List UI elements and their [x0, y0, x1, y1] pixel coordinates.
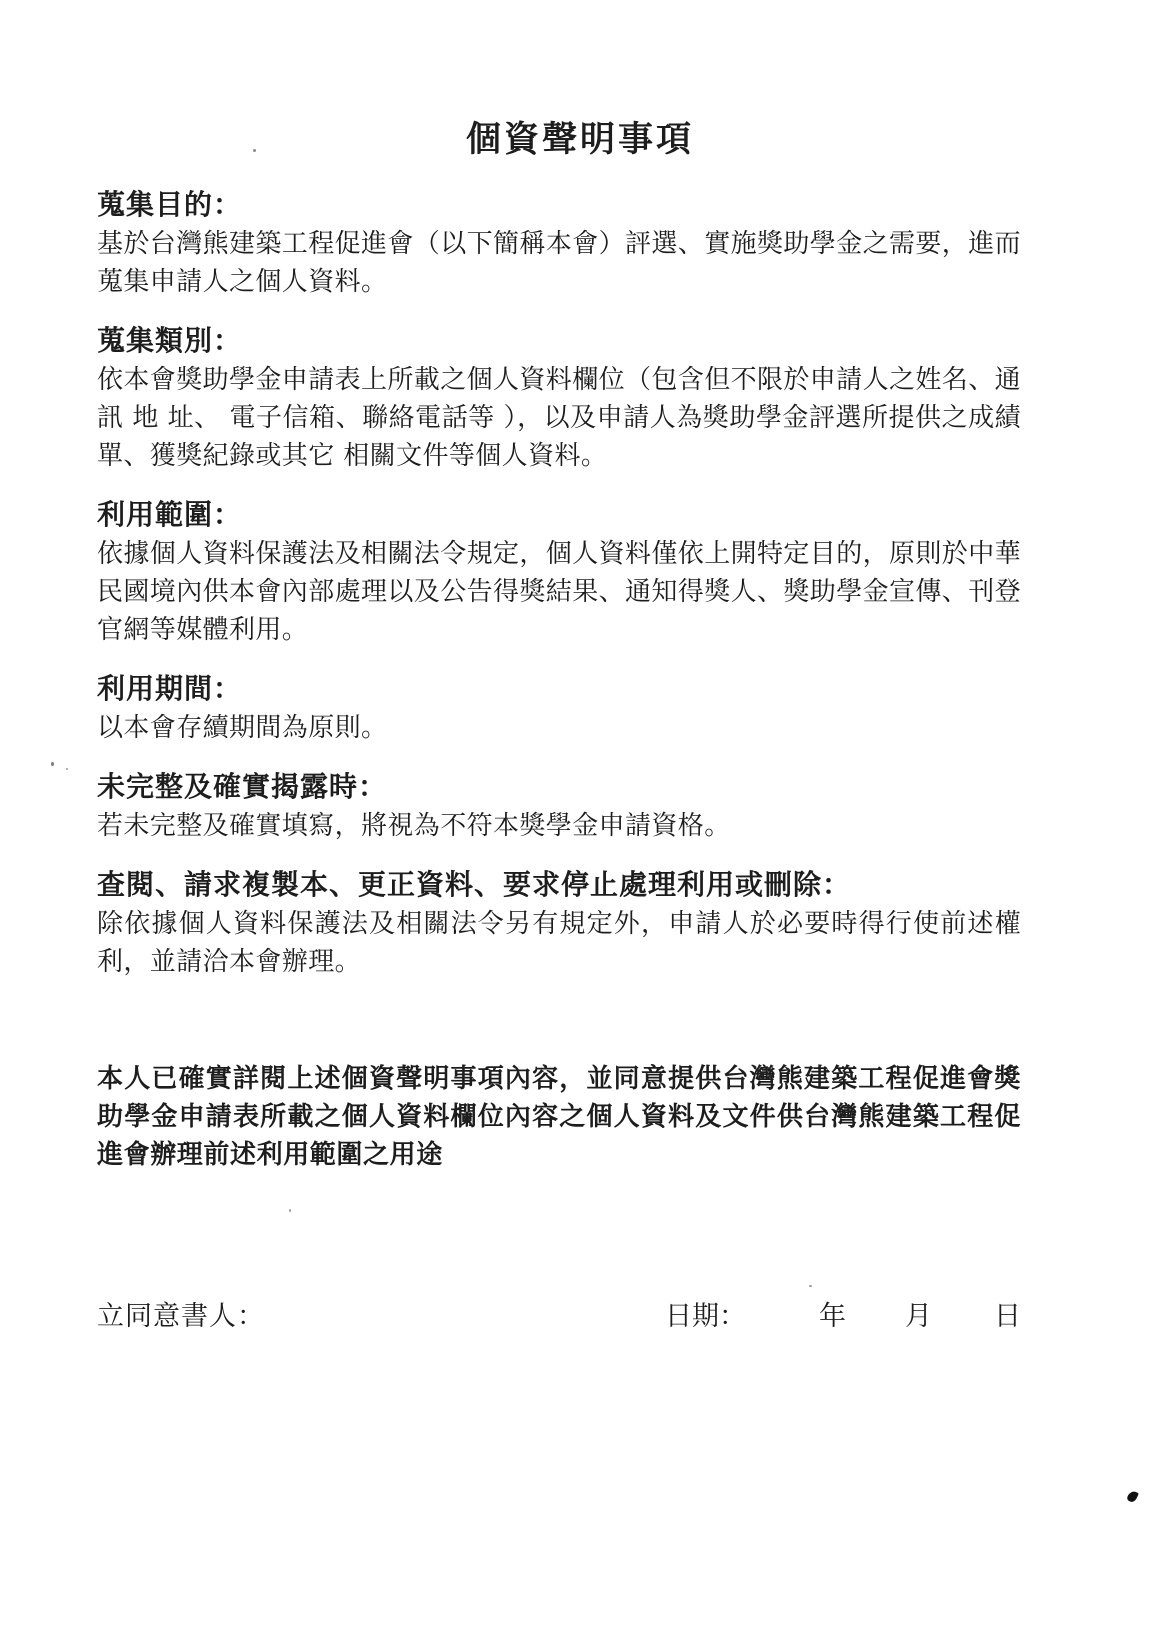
section-heading: 蒐集類別： — [97, 321, 1021, 361]
date-cluster: 日期： 年 月 日 — [665, 1298, 1021, 1336]
consent-statement: 本人已確實詳閱上述個資聲明事項內容，並同意提供台灣熊建築工程促進會獎助學金申請表… — [97, 1060, 1021, 1174]
scan-speck — [809, 1285, 812, 1287]
section-incomplete-disclosure: 未完整及確實揭露時： 若未完整及確實填寫，將視為不符本獎學金申請資格。 — [97, 767, 1021, 845]
section-period-of-use: 利用期間： 以本會存續期間為原則。 — [97, 669, 1021, 747]
section-heading: 未完整及確實揭露時： — [97, 767, 1021, 807]
section-heading: 查閱、請求複製本、更正資料、要求停止處理利用或刪除： — [97, 865, 1021, 905]
section-body: 若未完整及確實填寫，將視為不符本獎學金申請資格。 — [97, 807, 1021, 845]
scan-speck — [51, 762, 54, 766]
scan-ink-mark — [1126, 1490, 1139, 1504]
day-label: 日 — [994, 1298, 1021, 1336]
month-label: 月 — [905, 1298, 932, 1336]
section-body: 以本會存續期間為原則。 — [97, 709, 1021, 747]
section-heading: 蒐集目的： — [97, 185, 1021, 225]
section-body: 依本會獎助學金申請表上所載之個人資料欄位（包含但不限於申請人之姓名、通訊 地 址… — [97, 361, 1021, 475]
section-collection-categories: 蒐集類別： 依本會獎助學金申請表上所載之個人資料欄位（包含但不限於申請人之姓名、… — [97, 321, 1021, 475]
section-body: 基於台灣熊建築工程促進會（以下簡稱本會）評選、實施獎助學金之需要，進而蒐集申請人… — [97, 225, 1021, 301]
date-label: 日期： — [665, 1298, 746, 1336]
document-page: 個資聲明事項 蒐集目的： 基於台灣熊建築工程促進會（以下簡稱本會）評選、實施獎助… — [97, 118, 1021, 1336]
section-heading: 利用範圍： — [97, 495, 1021, 535]
section-scope-of-use: 利用範圍： 依據個人資料保護法及相關法令規定，個人資料僅依上開特定目的，原則於中… — [97, 495, 1021, 649]
section-collection-purpose: 蒐集目的： 基於台灣熊建築工程促進會（以下簡稱本會）評選、實施獎助學金之需要，進… — [97, 185, 1021, 301]
section-heading: 利用期間： — [97, 669, 1021, 709]
signer-label: 立同意書人： — [97, 1298, 265, 1336]
section-body: 依據個人資料保護法及相關法令規定，個人資料僅依上開特定目的，原則於中華民國境內供… — [97, 535, 1021, 649]
scan-speck — [289, 1209, 291, 1212]
signature-row: 立同意書人： 日期： 年 月 日 — [97, 1298, 1021, 1336]
document-title: 個資聲明事項 — [118, 118, 1042, 162]
scan-speck — [253, 149, 256, 152]
year-label: 年 — [819, 1298, 846, 1336]
scan-speck — [66, 768, 68, 770]
section-body: 除依據個人資料保護法及相關法令另有規定外，申請人於必要時得行使前述權利，並請洽本… — [97, 905, 1021, 981]
section-data-rights: 查閱、請求複製本、更正資料、要求停止處理利用或刪除： 除依據個人資料保護法及相關… — [97, 865, 1021, 981]
